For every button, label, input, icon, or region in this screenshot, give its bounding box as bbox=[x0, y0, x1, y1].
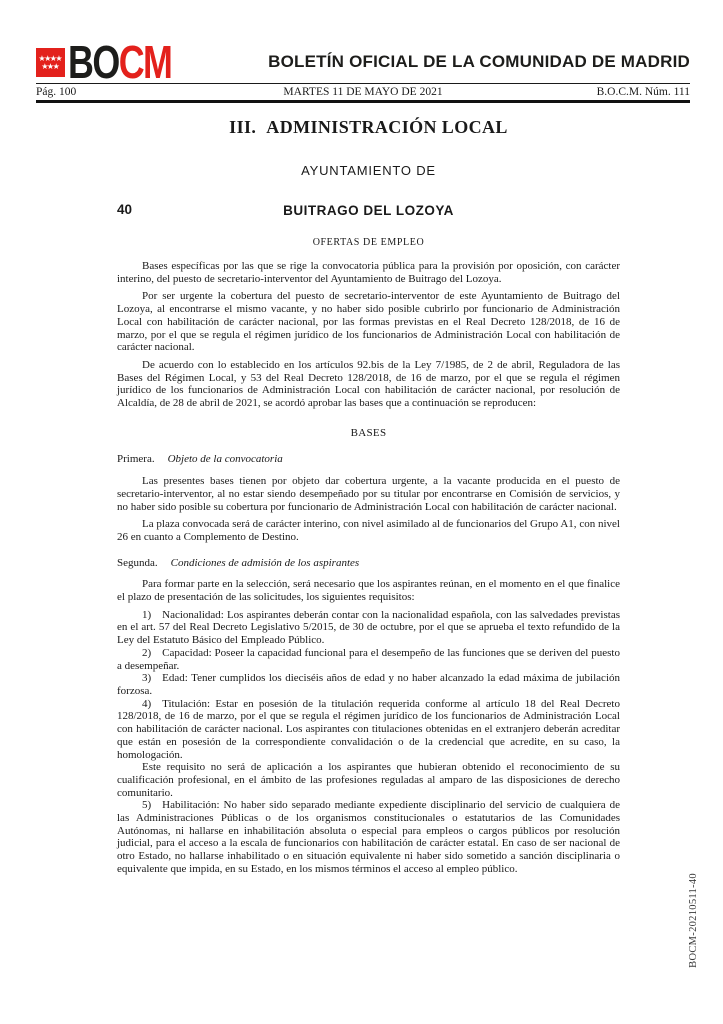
wordmark-cm: CM bbox=[119, 36, 172, 88]
centered-heading: BASES bbox=[117, 427, 620, 440]
text-blocks: Bases específicas por las que se rige la… bbox=[117, 260, 620, 876]
clause-label: Primera. bbox=[117, 453, 155, 465]
flag-stars-row2: ★★★ bbox=[43, 63, 59, 71]
clause-heading: Segunda.Condiciones de admisión de los a… bbox=[117, 557, 620, 570]
issue-number: B.O.C.M. Núm. 111 bbox=[443, 86, 690, 98]
section-name: ADMINISTRACIÓN LOCAL bbox=[266, 117, 508, 137]
bulletin-title: BOLETÍN OFICIAL DE LA COMUNIDAD DE MADRI… bbox=[268, 52, 690, 83]
paragraph: Este requisito no será de aplicación a l… bbox=[117, 761, 620, 799]
paragraph: Las presentes bases tienen por objeto da… bbox=[117, 475, 620, 513]
document-id-vertical: BOCM-20210511-40 bbox=[688, 873, 699, 968]
clause-title: Objeto de la convocatoria bbox=[168, 453, 283, 465]
municipality-name: BUITRAGO DEL LOZOYA bbox=[283, 203, 454, 218]
bocm-logo: ★★★★ ★★★ BOCM bbox=[36, 44, 201, 80]
municipality-row: 40 BUITRAGO DEL LOZOYA bbox=[117, 202, 620, 220]
paragraph: La plaza convocada será de carácter inte… bbox=[117, 518, 620, 543]
organization-heading: AYUNTAMIENTO DE bbox=[117, 163, 620, 178]
paragraph: Para formar parte en la selección, será … bbox=[117, 578, 620, 603]
numbered-item: 4) Titulación: Estar en posesión de la t… bbox=[117, 698, 620, 762]
madrid-flag-icon: ★★★★ ★★★ bbox=[36, 48, 65, 77]
item-number: 40 bbox=[117, 202, 132, 217]
masthead-band: ★★★★ ★★★ BOCM BOLETÍN OFICIAL DE LA COMU… bbox=[36, 0, 690, 84]
numbered-item: 1) Nacionalidad: Los aspirantes deberán … bbox=[117, 609, 620, 647]
document-body: III.ADMINISTRACIÓN LOCAL AYUNTAMIENTO DE… bbox=[117, 117, 620, 876]
paragraph: Bases específicas por las que se rige la… bbox=[117, 260, 620, 285]
issue-date: MARTES 11 DE MAYO DE 2021 bbox=[283, 86, 442, 98]
paragraph: Por ser urgente la cobertura del puesto … bbox=[117, 290, 620, 354]
numbered-item: 2) Capacidad: Poseer la capacidad funcio… bbox=[117, 647, 620, 672]
bocm-wordmark: BOCM bbox=[68, 44, 171, 80]
wordmark-bo: BO bbox=[68, 36, 119, 88]
numbered-item: 5) Habilitación: No haber sido separado … bbox=[117, 799, 620, 875]
section-heading: III.ADMINISTRACIÓN LOCAL bbox=[117, 117, 620, 138]
category-heading: OFERTAS DE EMPLEO bbox=[117, 237, 620, 248]
section-number: III. bbox=[229, 117, 256, 137]
masthead: ★★★★ ★★★ BOCM BOLETÍN OFICIAL DE LA COMU… bbox=[36, 0, 690, 103]
clause-label: Segunda. bbox=[117, 557, 158, 569]
clause-heading: Primera.Objeto de la convocatoria bbox=[117, 453, 620, 466]
gazette-page: ★★★★ ★★★ BOCM BOLETÍN OFICIAL DE LA COMU… bbox=[0, 0, 723, 1024]
clause-title: Condiciones de admisión de los aspirante… bbox=[171, 557, 360, 569]
numbered-item: 3) Edad: Tener cumplidos los dieciséis a… bbox=[117, 672, 620, 697]
paragraph: De acuerdo con lo establecido en los art… bbox=[117, 359, 620, 410]
